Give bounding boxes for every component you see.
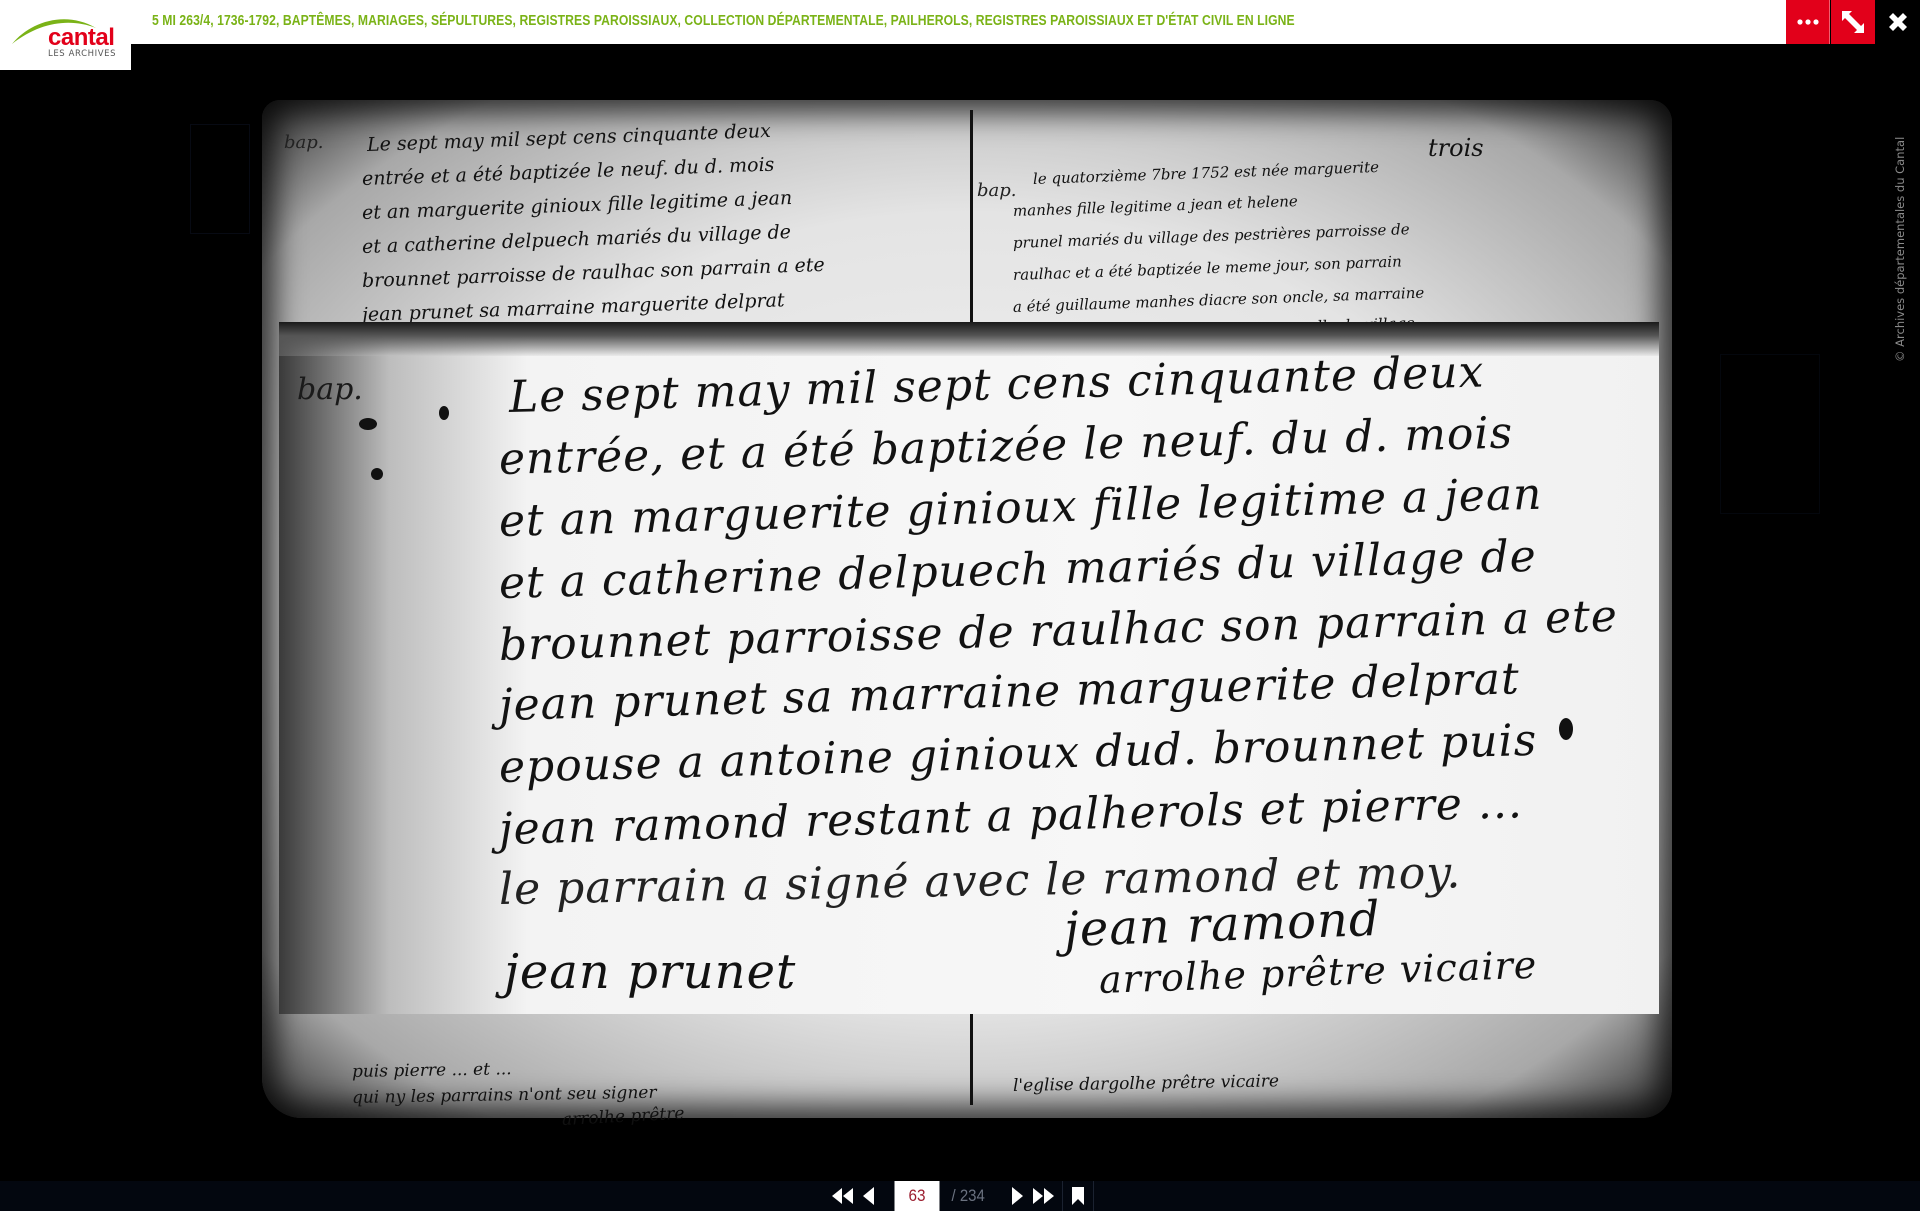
current-page-input[interactable] [895,1181,940,1211]
margin-note: bap. [977,180,1017,201]
bookmark-icon [1072,1187,1084,1205]
image-viewer[interactable]: bap. Le sept may mil sept cens cinquante… [0,44,1920,1181]
ink-blot [359,418,377,430]
handwriting-line: puis pierre ... et ... [352,1059,512,1082]
double-chevron-right-icon [1032,1188,1054,1204]
next-page-button[interactable] [1004,1181,1030,1211]
pagination-controls: / 234 [830,1181,1100,1211]
logo-subtitle: LES ARCHIVES [48,49,116,59]
divider [1062,1181,1063,1211]
handwriting-signature: jean ramond [1063,891,1381,958]
pagination-bar: / 234 [0,1181,1920,1211]
handwriting-line: prunel mariés du village des pestrières … [1013,220,1410,252]
handwriting-line: manhes fille legitime a jean et helene [1013,192,1298,220]
handwriting-line: entrée et a été baptizée le neuf. du d. … [362,154,775,190]
handwriting-header-note: trois [1428,134,1484,162]
handwriting-signature: arrolhe prêtre [561,1104,684,1130]
more-options-button[interactable] [1786,0,1830,44]
ink-blot [1559,718,1573,740]
first-page-button[interactable] [830,1181,856,1211]
top-header: 5 MI 263/4, 1736-1792, BAPTÊMES, MARIAGE… [0,0,1786,44]
triangle-left-icon [863,1187,875,1205]
handwriting-line: raulhac et a été baptizée le meme jour, … [1013,252,1402,284]
handwriting-line: et an marguerite ginioux fille legitime … [362,187,793,224]
handwriting-line: le quatorzième 7bre 1752 est née marguer… [1033,158,1380,188]
handwriting-line: et a catherine delpuech mariés du villag… [362,221,792,258]
logo-wordmark: cantal [48,26,114,50]
handwriting-line: a été guillaume manhes diacre son oncle,… [1013,284,1425,316]
triangle-right-icon [1011,1187,1023,1205]
double-chevron-left-icon [832,1188,854,1204]
total-pages-label: / 234 [948,1186,997,1206]
previous-page-button[interactable] [856,1181,882,1211]
ink-blot [371,468,383,480]
cantal-archives-logo[interactable]: cantal LES ARCHIVES [0,0,131,70]
margin-note: bap. [284,132,324,153]
ink-blot [439,406,449,420]
handwriting-line: Le sept may mil sept cens cinquante deux [367,120,772,156]
handwriting-line: jean prunet sa marraine marguerite delpr… [362,289,785,326]
expand-icon [1840,9,1866,35]
fullscreen-button[interactable] [1831,0,1875,44]
close-icon [1886,10,1910,34]
handwriting-signature: jean prunet [504,944,796,1000]
copyright-notice: © Archives départementales du Cantal [1893,126,1907,362]
last-page-button[interactable] [1030,1181,1056,1211]
divider [1093,1181,1094,1211]
handwriting-line: qui ny les parrains n'ont seu signer [352,1083,657,1108]
handwriting-line: l'eglise dargolhe prêtre vicaire [1013,1071,1279,1096]
copyright-text: © Archives départementales du Cantal [1893,137,1907,362]
ghost-preview-right [1720,354,1820,514]
ellipsis-icon [1797,19,1819,25]
bookmark-button[interactable] [1069,1181,1087,1211]
magnifier-lens[interactable]: bap. Le sept may mil sept cens cinquante… [279,322,1659,1014]
close-viewer-button[interactable] [1876,0,1920,44]
margin-note: bap. [297,372,363,407]
ghost-preview-left [190,124,250,234]
document-title: 5 MI 263/4, 1736-1792, BAPTÊMES, MARIAGE… [152,12,1295,29]
handwriting-line: brounnet parroisse de raulhac son parrai… [362,254,825,292]
